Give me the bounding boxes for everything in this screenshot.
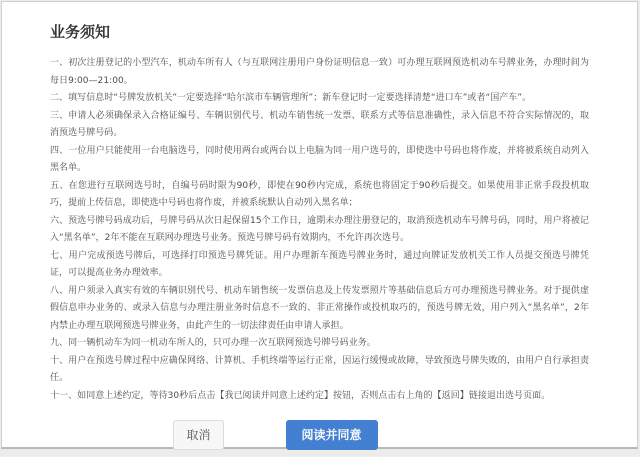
term-item: 六、预选号牌号码成功后，号牌号码从次日起保留15个工作日，逾期未办理注册登记的，…: [50, 213, 589, 248]
terms-list: 一、初次注册登记的小型汽车，机动车所有人（与互联网注册用户身份证明信息一致）可办…: [50, 55, 589, 405]
term-item: 二、填写信息时“号牌发放机关”一定要选择“哈尔滨市车辆管理所”；新车登记时一定要…: [50, 90, 589, 108]
term-item: 十、用户在预选号牌过程中应确保网络、计算机、手机终端等运行正常，因运行缓慢或故障…: [50, 353, 589, 388]
term-item: 三、申请人必须确保录入合格证编号、车辆识别代号、机动车销售统一发票、联系方式等信…: [50, 108, 589, 143]
term-item: 一、初次注册登记的小型汽车，机动车所有人（与互联网注册用户身份证明信息一致）可办…: [50, 55, 589, 90]
business-notice-dialog: 业务须知 一、初次注册登记的小型汽车，机动车所有人（与互联网注册用户身份证明信息…: [1, 1, 638, 449]
dialog-title: 业务须知: [50, 21, 589, 42]
term-item: 四、一位用户只能使用一台电脑选号，同时使用两台或两台以上电脑为同一用户选号的，即…: [50, 143, 589, 178]
term-item: 八、用户须录入真实有效的车辆识别代号、机动车销售统一发票信息及上传发票照片等基础…: [50, 283, 589, 336]
term-item: 十一、如同意上述约定，等待30秒后点击【我已阅读并同意上述约定】按钮，否则点击右…: [50, 388, 589, 406]
term-item: 五、在您进行互联网选号时，自编号码时限为90秒，即使在90秒内完成，系统也将固定…: [50, 178, 589, 213]
button-row: 取消 阅读并同意: [6, 420, 545, 450]
read-and-agree-button[interactable]: 阅读并同意: [286, 420, 378, 450]
cancel-button[interactable]: 取消: [173, 420, 223, 450]
term-item: 九、同一辆机动车为同一机动车所人的，只可办理一次互联网预选号牌号码业务。: [50, 335, 589, 353]
term-item: 七、用户完成预选号牌后，可选择打印预选号牌凭证。用户办理新车预选号牌业务时，通过…: [50, 248, 589, 283]
